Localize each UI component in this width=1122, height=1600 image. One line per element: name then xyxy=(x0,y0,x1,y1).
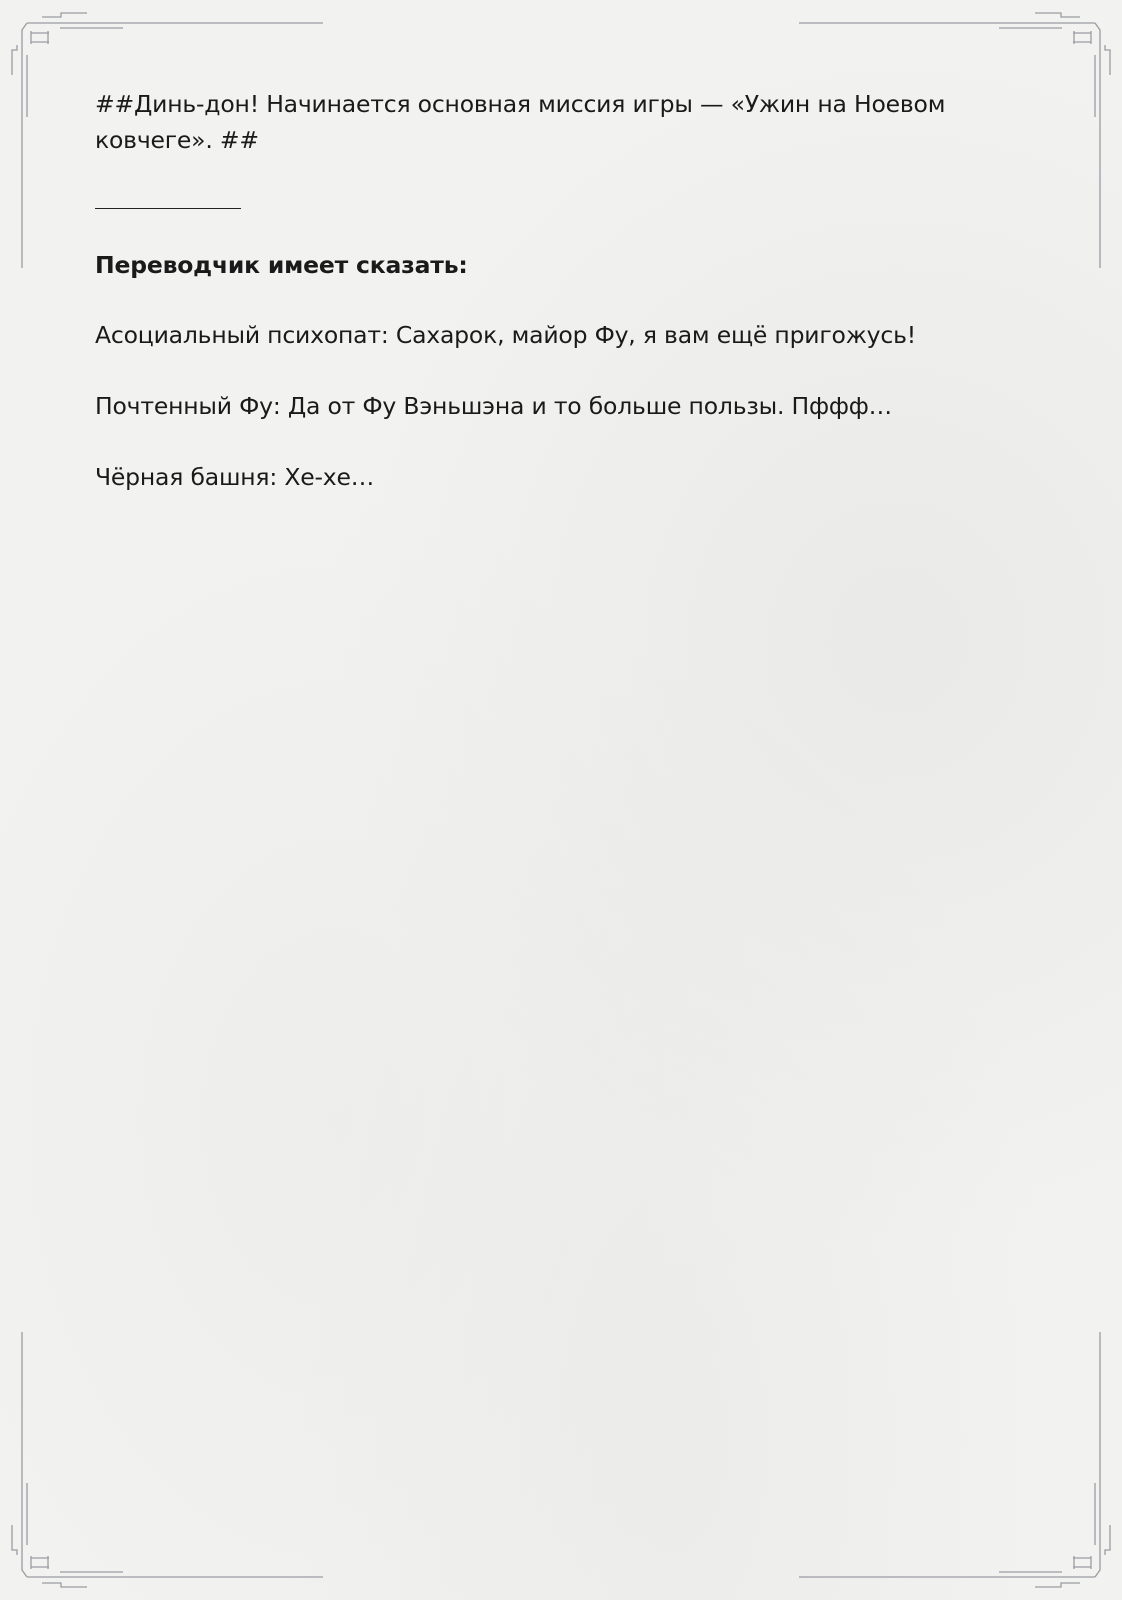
comment-line: Чёрная башня: Хе-хе… xyxy=(95,459,975,495)
comment-line: Почтенный Фу: Да от Фу Вэньшэна и то бол… xyxy=(95,388,975,424)
comment-line: Асоциальный психопат: Сахарок, майор Фу,… xyxy=(95,317,975,353)
mission-announcement: ##Динь-дон! Начинается основная миссия и… xyxy=(95,86,975,158)
separator-line xyxy=(95,208,241,209)
document-body: ##Динь-дон! Начинается основная миссия и… xyxy=(95,86,975,530)
translator-notes-heading: Переводчик имеет сказать: xyxy=(95,247,975,283)
